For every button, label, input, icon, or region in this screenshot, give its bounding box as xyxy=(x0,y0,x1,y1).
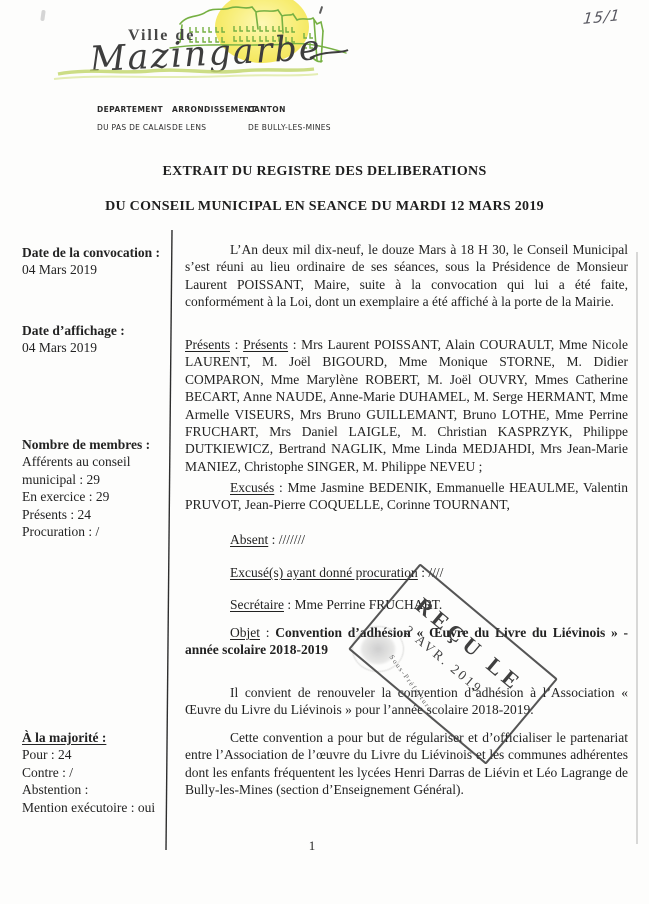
presents-label: Présents xyxy=(185,337,230,352)
membres-line: Procuration : / xyxy=(22,523,170,540)
sidebar-majorite: À la majorité : Pour : 24 Contre : / Abs… xyxy=(22,729,170,816)
excuses-label: Excusés xyxy=(230,480,274,495)
majorite-line: Contre : / xyxy=(22,764,170,781)
objet-label: Objet xyxy=(230,625,260,640)
sidebar-affichage: Date d’affichage : 04 Mars 2019 xyxy=(22,322,170,357)
admin-value: DE LENS xyxy=(172,123,256,132)
membres-line: Présents : 24 xyxy=(22,506,170,523)
sidebar-membres: Nombre de membres : Afférents au conseil… xyxy=(22,436,170,540)
membres-line: En exercice : 29 xyxy=(22,488,170,505)
convocation-value: 04 Mars 2019 xyxy=(22,261,170,278)
admin-value: DU PAS DE CALAIS xyxy=(97,123,172,132)
absent-label: Absent xyxy=(230,532,268,547)
admin-label: DEPARTEMENT xyxy=(97,105,172,114)
admin-value: DE BULLY-LES-MINES xyxy=(248,123,331,132)
sidebar-convocation: Date de la convocation : 04 Mars 2019 xyxy=(22,244,170,279)
document-title-line1: EXTRAIT DU REGISTRE DES DELIBERATIONS xyxy=(0,164,649,180)
admin-label: ARRONDISSEMENT xyxy=(172,105,256,114)
line-absent: Absent : /////// xyxy=(185,531,628,548)
admin-col-canton: CANTON DE BULLY-LES-MINES xyxy=(248,105,331,132)
handwritten-folio-note: 15/1 xyxy=(582,6,621,28)
presents-names: Mrs Laurent POISSANT, Alain COURAULT, Mm… xyxy=(185,337,628,474)
majorite-label: À la majorité : xyxy=(22,729,170,746)
absent-value: : /////// xyxy=(268,532,305,547)
admin-label: CANTON xyxy=(248,105,331,114)
procuration-label: Excusé(s) ayant donné procuration xyxy=(230,565,418,580)
separator: : xyxy=(260,625,275,640)
majorite-line: Mention exécutoire : oui xyxy=(22,799,170,816)
separator: : xyxy=(288,337,301,352)
document-title-line2: DU CONSEIL MUNICIPAL EN SEANCE DU MARDI … xyxy=(0,199,649,215)
affichage-label: Date d’affichage : xyxy=(22,322,170,339)
paragraph-intro: L’An deux mil dix-neuf, le douze Mars à … xyxy=(185,241,628,311)
scan-edge-shadow xyxy=(636,252,638,844)
membres-label: Nombre de membres : xyxy=(22,436,170,453)
presents-label-repeat: Présents xyxy=(243,337,288,352)
paragraph-presents: Présents : Présents : Mrs Laurent POISSA… xyxy=(185,336,628,475)
affichage-value: 04 Mars 2019 xyxy=(22,339,170,356)
paragraph-cette-convention: Cette convention a pour but de régularis… xyxy=(185,729,628,799)
membres-line: municipal : 29 xyxy=(22,471,170,488)
page-number: 1 xyxy=(300,838,324,854)
majorite-line: Abstention : xyxy=(22,781,170,798)
convocation-label: Date de la convocation : xyxy=(22,244,170,261)
membres-line: Afférents au conseil xyxy=(22,453,170,470)
separator: : xyxy=(230,337,243,352)
admin-col-departement: DEPARTEMENT DU PAS DE CALAIS xyxy=(97,105,172,132)
admin-col-arrondissement: ARRONDISSEMENT DE LENS xyxy=(172,105,256,132)
majorite-line: Pour : 24 xyxy=(22,746,170,763)
mazingarbe-logo-drawing: Ville de Mazingarbe xyxy=(30,0,360,100)
secretaire-label: Secrétaire xyxy=(230,597,284,612)
scanned-document-page: Ville de Mazingarbe 15/1 DEPARTEMENT DU … xyxy=(0,0,649,904)
paragraph-excuses: Excusés : Mme Jasmine BEDENIK, Emmanuell… xyxy=(185,479,628,514)
